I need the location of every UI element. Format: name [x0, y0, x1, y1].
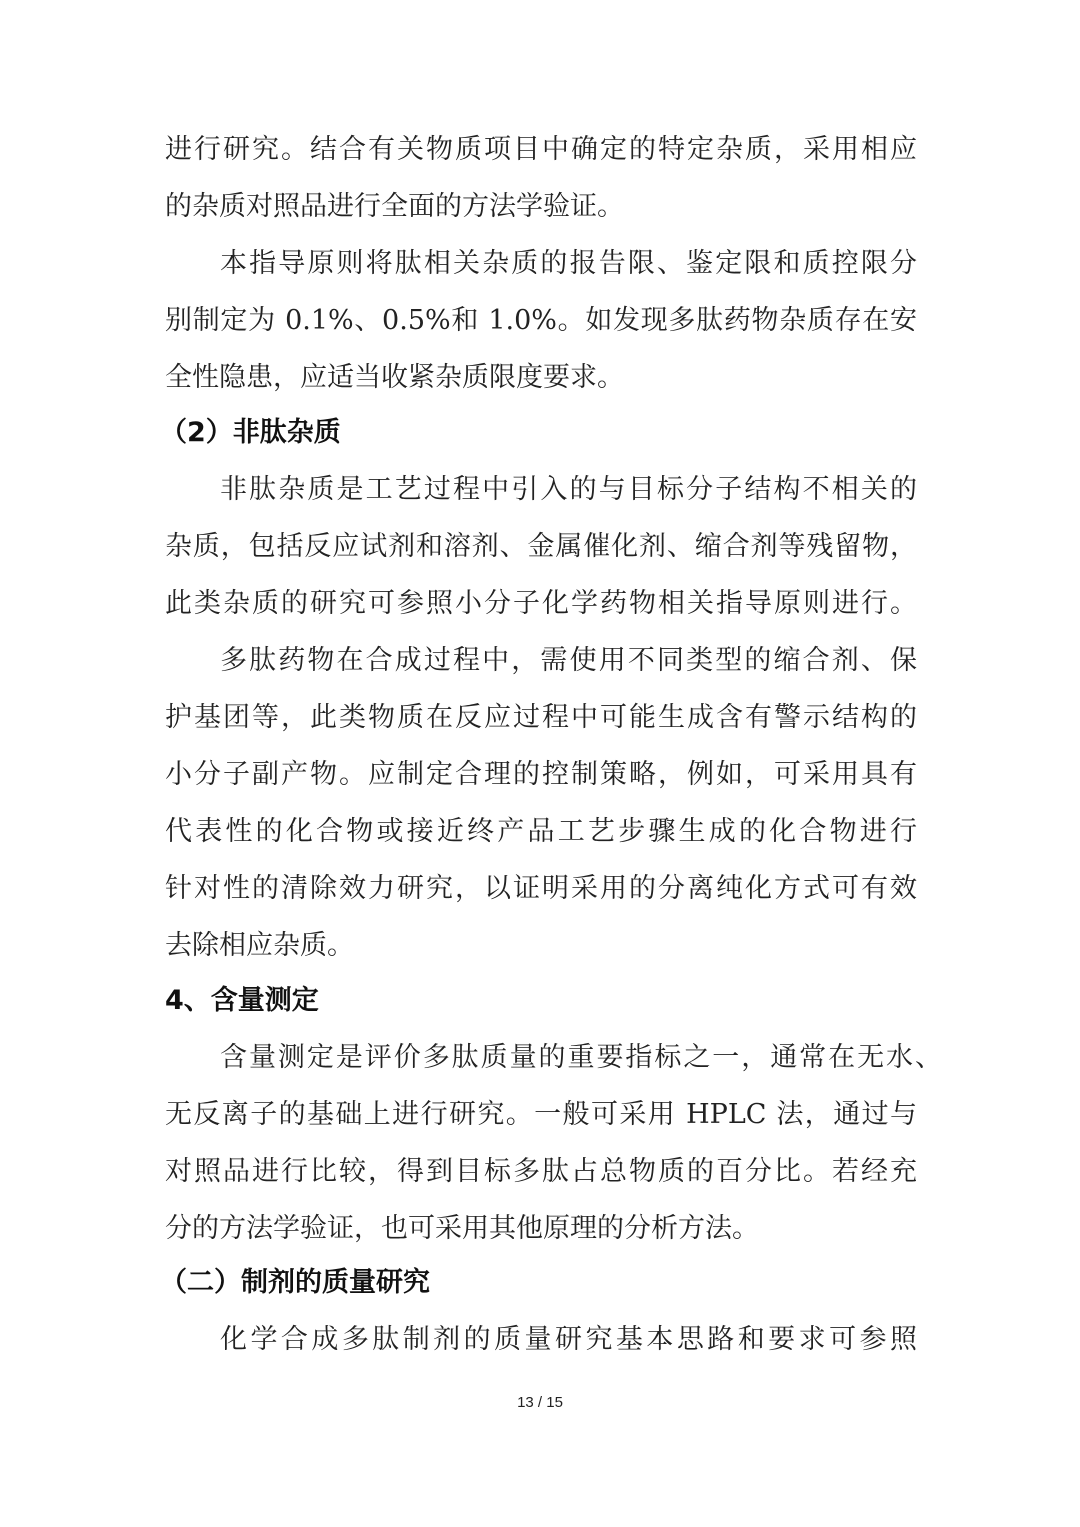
- paragraph-line: 分的方法学验证，也可采用其他原理的分析方法。: [165, 1212, 917, 1246]
- paragraph-line: 对照品进行比较，得到目标多肽占总物质的百分比。若经充: [165, 1155, 917, 1189]
- paragraph-line: 代表性的化合物或接近终产品工艺步骤生成的化合物进行: [165, 815, 917, 849]
- paragraph-line: 别制定为 0.1%、0.5%和 1.0%。如发现多肽药物杂质存在安: [165, 304, 917, 338]
- paragraph-line: 本指导原则将肽相关杂质的报告限、鉴定限和质控限分: [220, 247, 917, 281]
- paragraph-line: 此类杂质的研究可参照小分子化学药物相关指导原则进行。: [165, 587, 917, 621]
- section-heading-content-determination: 4、含量测定: [165, 984, 319, 1018]
- paragraph-line: 非肽杂质是工艺过程中引入的与目标分子结构不相关的: [220, 473, 917, 507]
- document-page: 进行研究。结合有关物质项目中确定的特定杂质，采用相应 的杂质对照品进行全面的方法…: [0, 0, 1080, 1527]
- paragraph-line: 小分子副产物。应制定合理的控制策略，例如，可采用具有: [165, 758, 917, 792]
- paragraph-line: 杂质，包括反应试剂和溶剂、金属催化剂、缩合剂等残留物，: [165, 530, 917, 564]
- paragraph-line: 多肽药物在合成过程中，需使用不同类型的缩合剂、保: [220, 644, 917, 678]
- paragraph-line: 的杂质对照品进行全面的方法学验证。: [165, 190, 917, 224]
- paragraph-line: 含量测定是评价多肽质量的重要指标之一，通常在无水、: [220, 1041, 942, 1075]
- page-number: 13 / 15: [0, 1394, 1080, 1411]
- section-heading-non-peptide-impurities: （2）非肽杂质: [160, 416, 341, 450]
- paragraph-line: 去除相应杂质。: [165, 929, 917, 963]
- paragraph-line: 护基团等，此类物质在反应过程中可能生成含有警示结构的: [165, 701, 917, 735]
- paragraph-line: 全性隐患，应适当收紧杂质限度要求。: [165, 361, 917, 395]
- paragraph-line: 针对性的清除效力研究，以证明采用的分离纯化方式可有效: [165, 872, 917, 906]
- paragraph-line: 进行研究。结合有关物质项目中确定的特定杂质，采用相应: [165, 133, 917, 167]
- paragraph-line: 无反离子的基础上进行研究。一般可采用 HPLC 法，通过与: [165, 1098, 917, 1132]
- paragraph-line: 化学合成多肽制剂的质量研究基本思路和要求可参照: [220, 1323, 917, 1357]
- section-heading-formulation-quality-study: （二）制剂的质量研究: [160, 1266, 430, 1300]
